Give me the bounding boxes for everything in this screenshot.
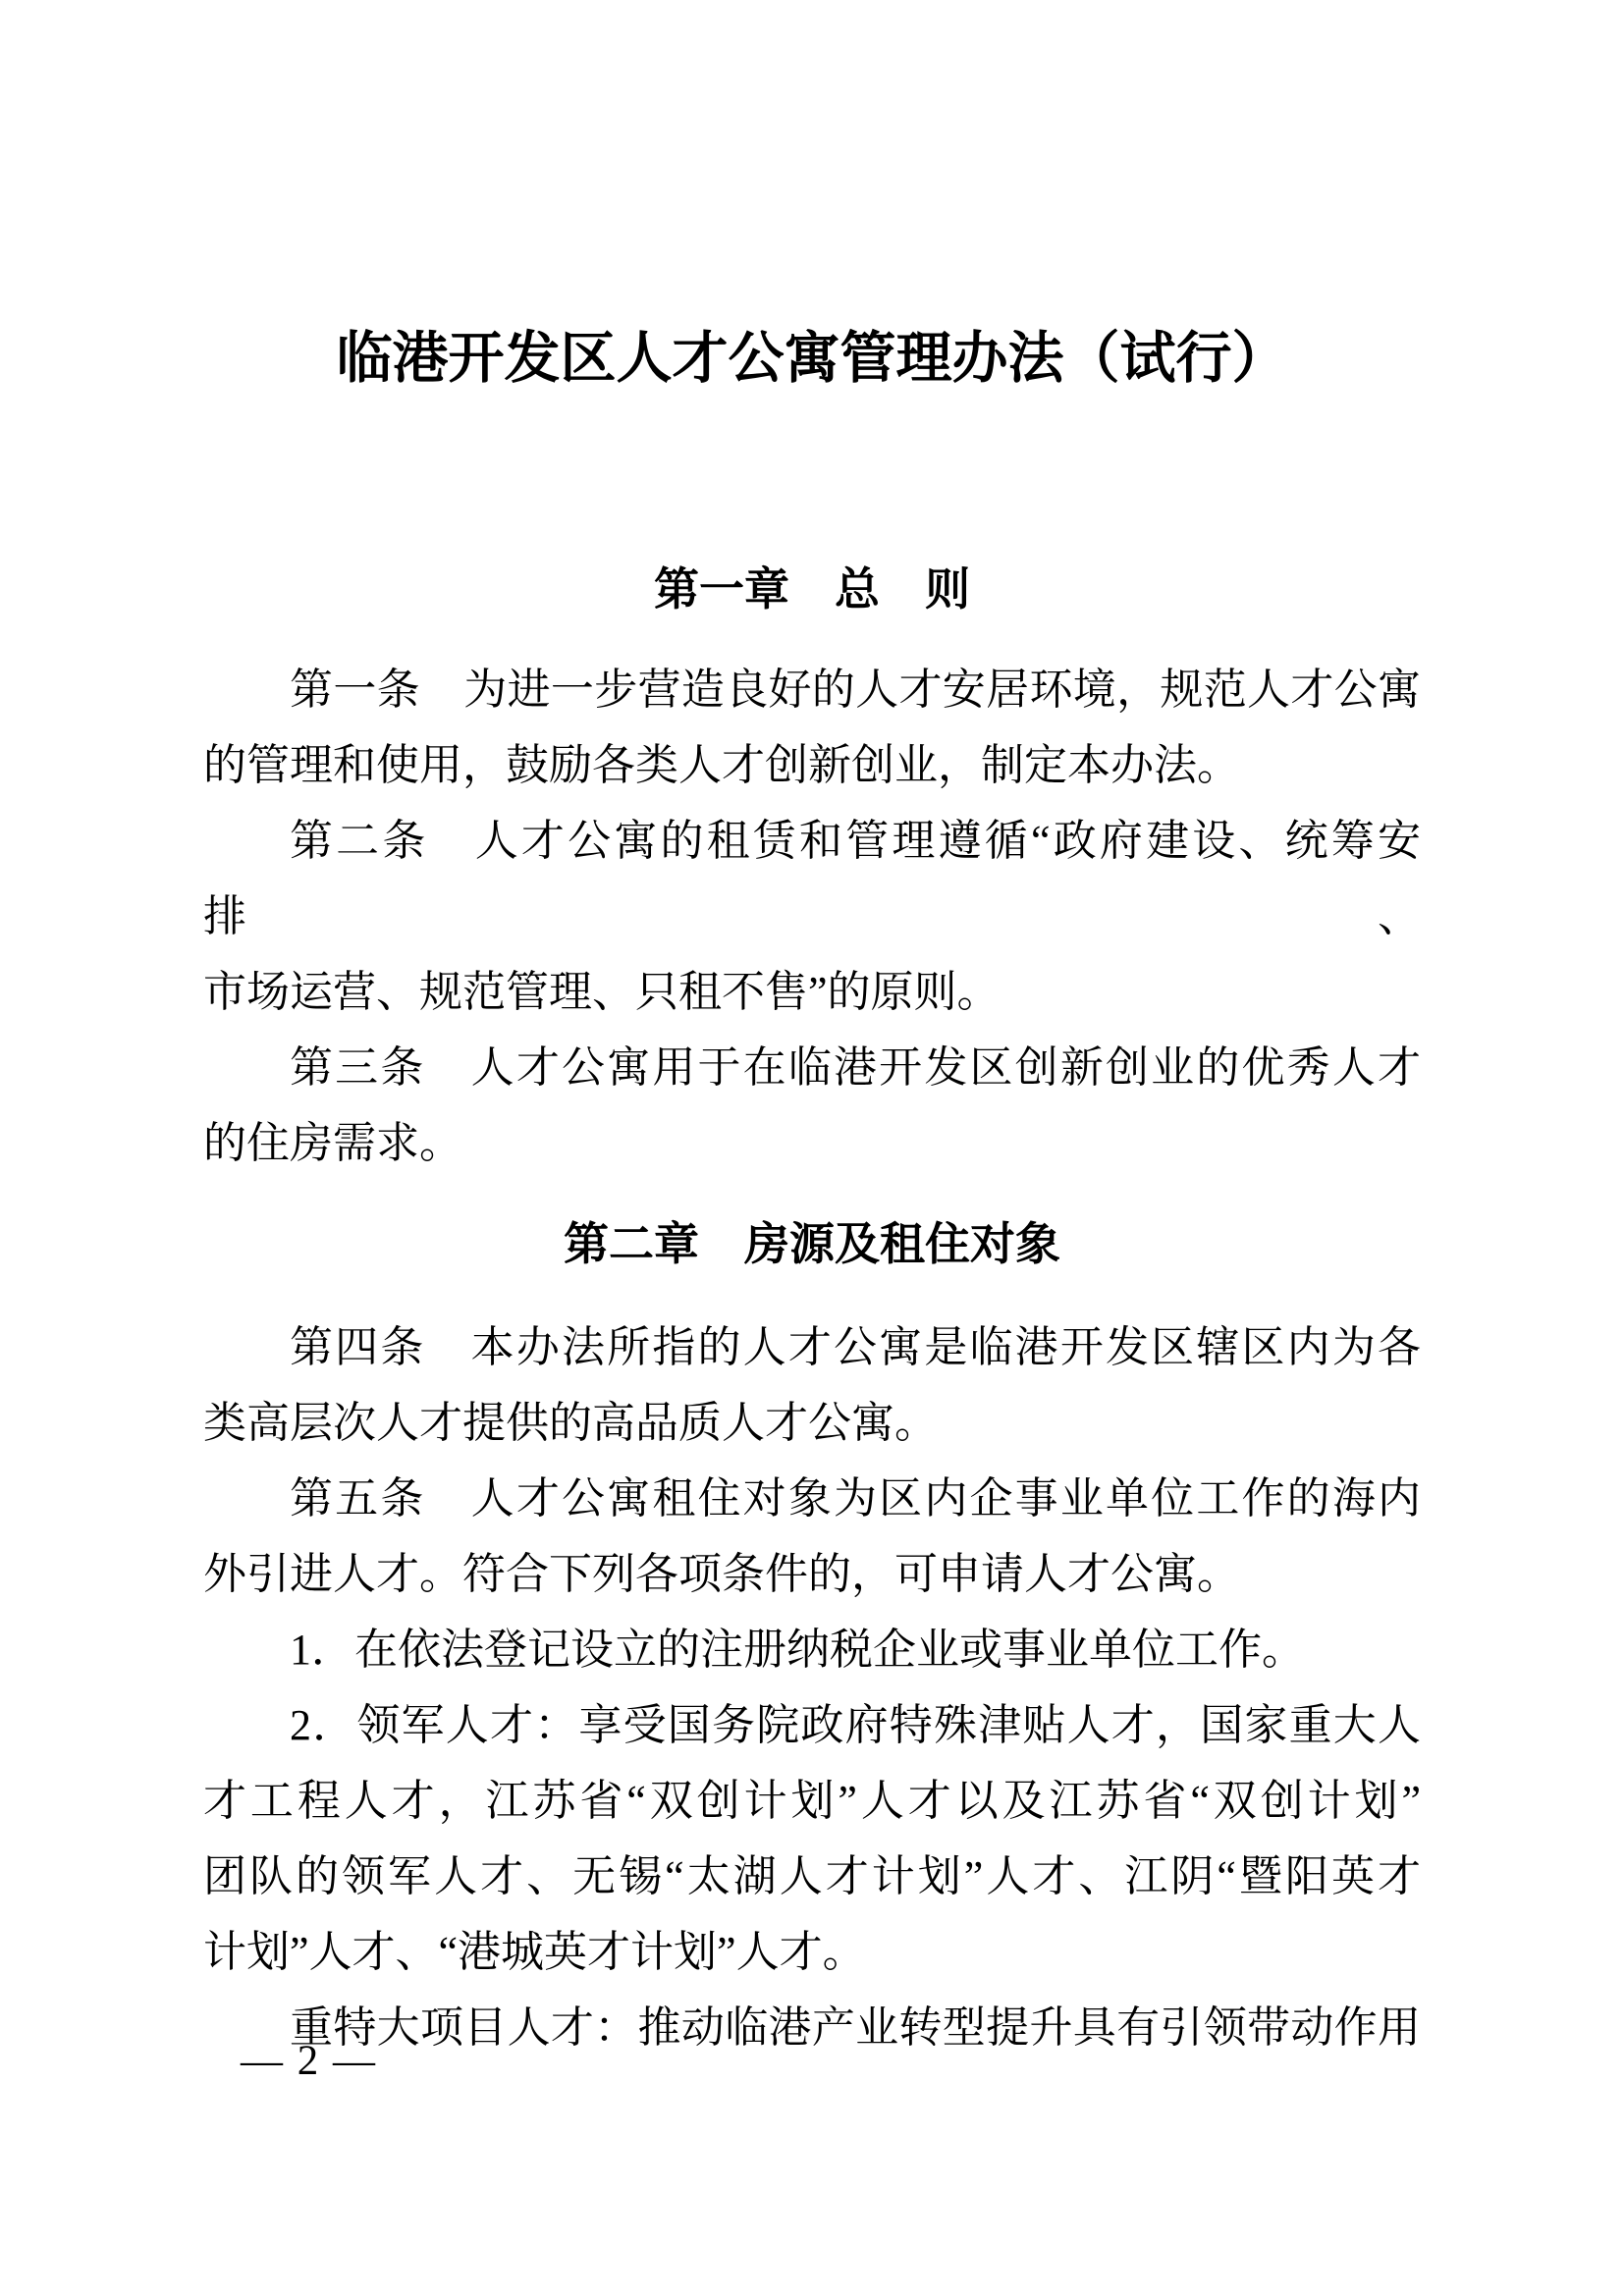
document-page: 临港开发区人才公寓管理办法（试行） 第一章 总 则第一条 为进一步营造良好的人才…: [0, 0, 1624, 2296]
article-4-line-1: 第四条 本办法所指的人才公寓是临港开发区辖区内为各: [203, 1309, 1421, 1385]
article-4-line-2: 类高层次人才提供的高品质人才公寓。: [203, 1385, 1421, 1461]
article-1-line-2: 的管理和使用，鼓励各类人才创新创业，制定本办法。: [203, 727, 1421, 803]
document-content: 临港开发区人才公寓管理办法（试行） 第一章 总 则第一条 为进一步营造良好的人才…: [203, 0, 1421, 2065]
article-5-line-1: 第五条 人才公寓租住对象为区内企事业单位工作的海内: [203, 1461, 1421, 1536]
item-1-line-1: 1．在依法登记设立的注册纳税企业或事业单位工作。: [203, 1612, 1421, 1687]
chapter-2-heading: 第二章 房源及租住对象: [203, 1206, 1421, 1282]
article-3-line-1: 第三条 人才公寓用于在临港开发区创新创业的优秀人才: [203, 1030, 1421, 1105]
major-project-talent-line-1: 重特大项目人才：推动临港产业转型提升具有引领带动作用: [203, 1990, 1421, 2065]
article-2-line-2: 市场运营、规范管理、只租不售”的原则。: [203, 954, 1421, 1030]
document-title: 临港开发区人才公寓管理办法（试行）: [203, 321, 1421, 397]
article-1-line-1: 第一条 为进一步营造良好的人才安居环境，规范人才公寓: [203, 652, 1421, 727]
page-number: — 2 —: [241, 2037, 377, 2086]
item-2-line-4: 计划”人才、“港城英才计划”人才。: [203, 1914, 1421, 1990]
item-2-line-2: 才工程人才，江苏省“双创计划”人才以及江苏省“双创计划”: [203, 1763, 1421, 1839]
item-2-line-3: 团队的领军人才、无锡“太湖人才计划”人才、江阴“暨阳英才: [203, 1839, 1421, 1914]
document-body: 第一章 总 则第一条 为进一步营造良好的人才安居环境，规范人才公寓的管理和使用，…: [203, 552, 1421, 2065]
article-5-line-2: 外引进人才。符合下列各项条件的，可申请人才公寓。: [203, 1536, 1421, 1612]
article-2-line-1: 第二条 人才公寓的租赁和管理遵循“政府建设、统筹安排、: [203, 803, 1421, 954]
item-2-line-1: 2．领军人才：享受国务院政府特殊津贴人才，国家重大人: [203, 1687, 1421, 1763]
article-3-line-2: 的住房需求。: [203, 1105, 1421, 1181]
chapter-1-heading: 第一章 总 则: [203, 552, 1421, 627]
